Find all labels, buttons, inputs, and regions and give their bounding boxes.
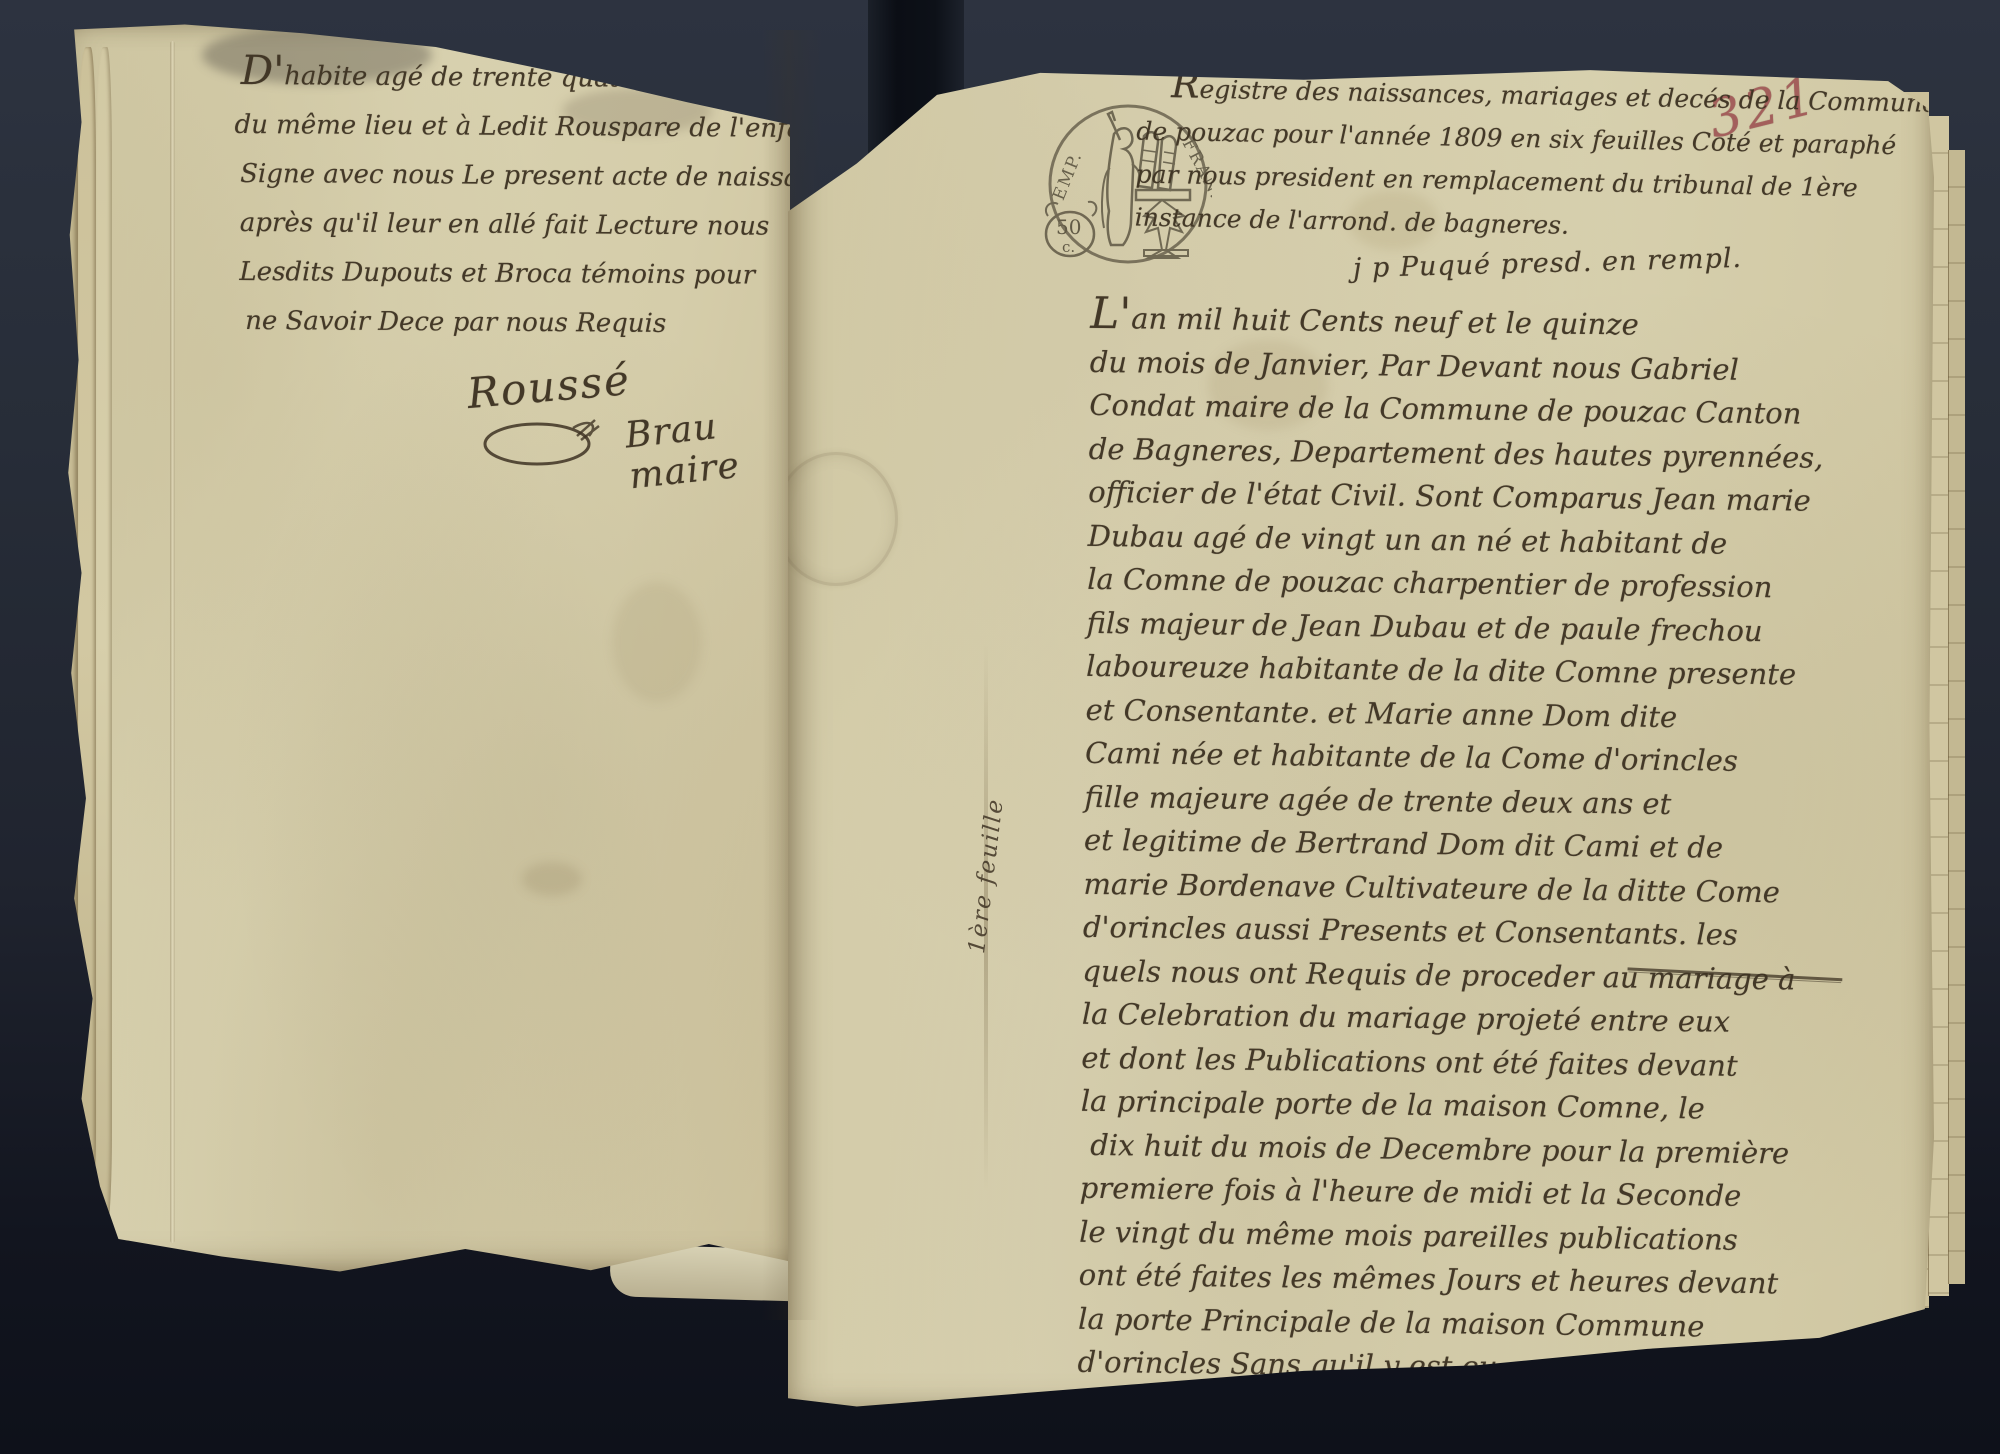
manuscript-line: Lesdits Dupouts et Broca témoins pour [239, 248, 825, 301]
signature-brau-maire: Brau maire [623, 399, 794, 498]
manuscript-line: du même lieu et à Ledit Rouspare de l'en… [234, 101, 826, 154]
register-header: Registre des naissances, mariages et dec… [1134, 63, 1917, 254]
marriage-act-text: L'an mil huit Cents neuf et le quinze du… [1077, 293, 1938, 1395]
manuscript-line: d'orincles Sans qu'il y est eu aucune op… [1077, 1341, 1925, 1395]
svg-text:50: 50 [1056, 215, 1081, 239]
deckle-edge [58, 47, 78, 1236]
stain [522, 862, 582, 896]
paper-crease [170, 41, 175, 1243]
left-page-text: D'habite agé de trente quatre ans habita… [239, 46, 827, 350]
manuscript-line: Signe avec nous Le present acte de naiss… [240, 150, 826, 203]
manuscript-line: après qu'il leur en allé fait Lecture no… [240, 199, 826, 252]
signature-flourish-icon [477, 414, 607, 474]
signature-rousse: Roussé [465, 355, 633, 418]
margin-note-first-sheet: 1ère feuille [964, 796, 1009, 955]
blind-embossed-stamp [774, 452, 898, 586]
stain [612, 582, 702, 702]
page-stack-edge [1948, 150, 1965, 1284]
manuscript-line: ne Savoir Dece par nous Requis [245, 297, 825, 350]
left-page: D'habite agé de trente quatre ans habita… [52, 22, 790, 1274]
manuscript-scan: D'habite agé de trente quatre ans habita… [0, 0, 2000, 1454]
svg-text:c.: c. [1062, 238, 1075, 256]
signature-puque-president: j p Puqué presd. en rempl. [1353, 243, 1743, 284]
right-page: EMP. FRAN. 50 c. 321 Registre des naiss [788, 40, 1934, 1412]
deckle-edge [78, 47, 96, 1236]
deckle-edge [96, 47, 112, 1236]
manuscript-line: D'habite agé de trente quatre ans habita… [241, 46, 827, 105]
